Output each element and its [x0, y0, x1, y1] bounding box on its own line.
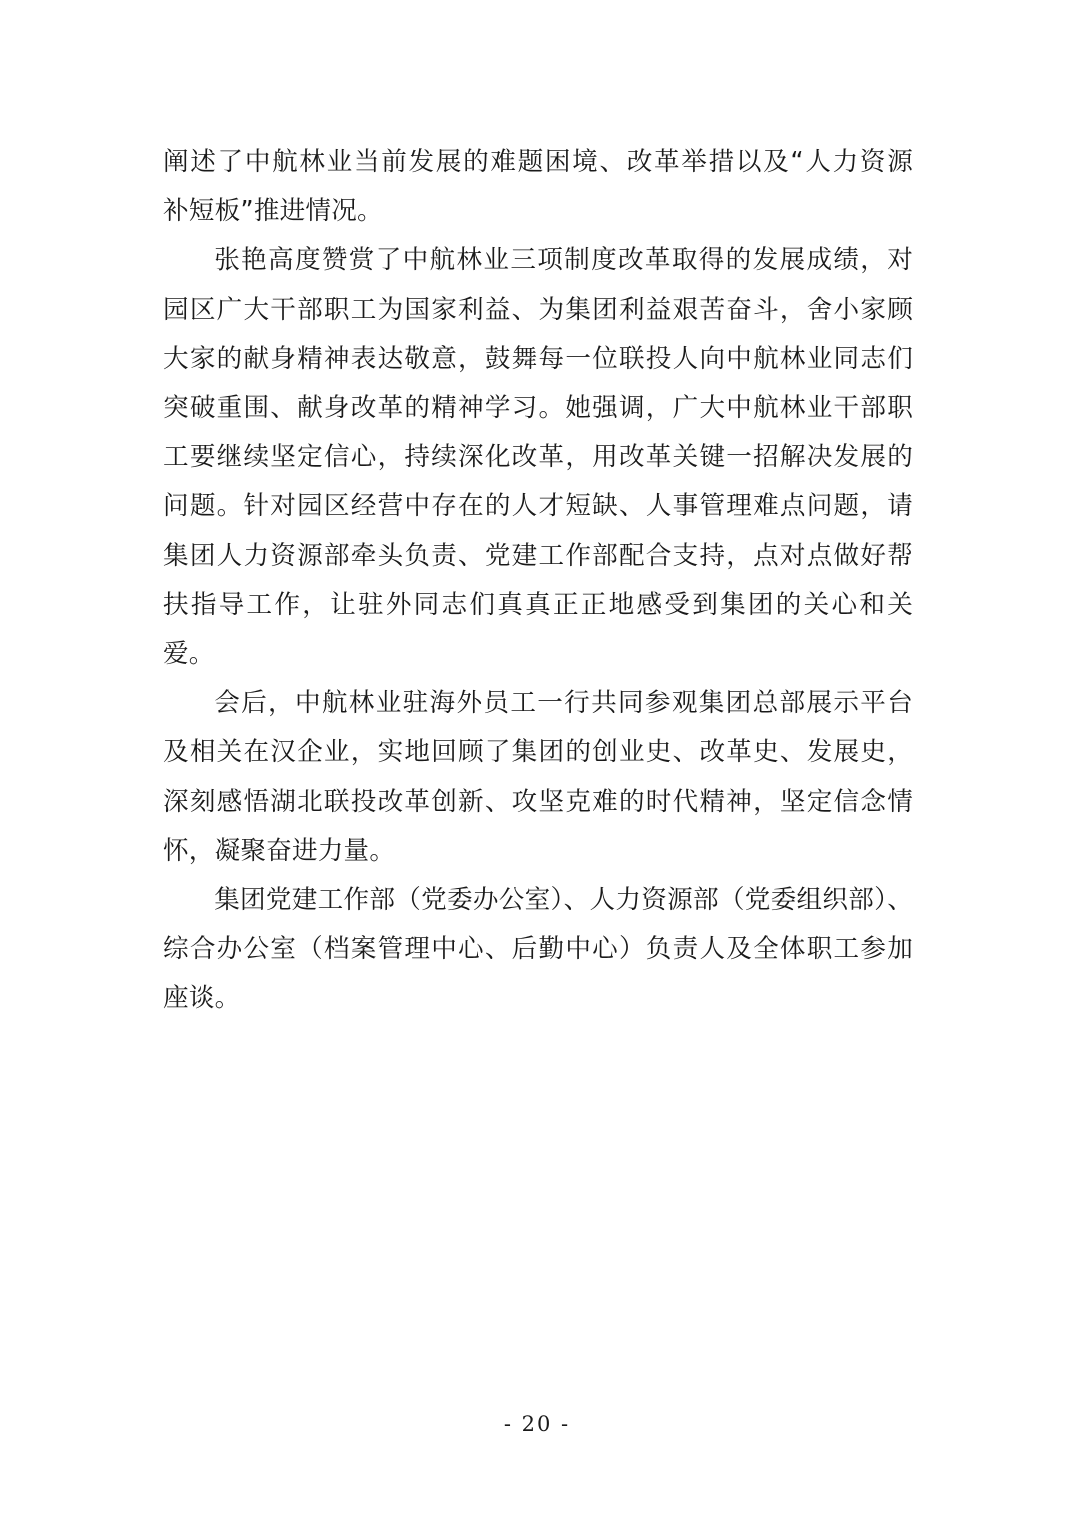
text-line: 园区广大干部职工为国家利益、为集团利益艰苦奋斗，舍小家顾	[163, 286, 913, 335]
text-line: 问题。针对园区经营中存在的人才短缺、人事管理难点问题，请	[163, 482, 913, 531]
paragraph-zhang-yan-remarks: 张艳高度赞赏了中航林业三项制度改革取得的发展成绩，对 园区广大干部职工为国家利益…	[163, 236, 913, 679]
text-line: 怀，凝聚奋进力量。	[163, 827, 913, 876]
text-line: 突破重围、献身改革的精神学习。她强调，广大中航林业干部职	[163, 384, 913, 433]
text-line: 阐述了中航林业当前发展的难题困境、改革举措以及“人力资源	[163, 138, 913, 187]
text-line: 集团党建工作部（党委办公室）、人力资源部（党委组织部）、	[163, 876, 913, 925]
text-line: 工要继续坚定信心，持续深化改革，用改革关键一招解决发展的	[163, 433, 913, 482]
text-line: 座谈。	[163, 974, 913, 1023]
text-line: 扶指导工作，让驻外同志们真真正正地感受到集团的关心和关	[163, 581, 913, 630]
text-line: 补短板”推进情况。	[163, 187, 913, 236]
text-line: 爱。	[163, 630, 913, 679]
paragraph-continuation: 阐述了中航林业当前发展的难题困境、改革举措以及“人力资源 补短板”推进情况。	[163, 138, 913, 236]
text-line: 会后，中航林业驻海外员工一行共同参观集团总部展示平台	[163, 679, 913, 728]
paragraph-attendees: 集团党建工作部（党委办公室）、人力资源部（党委组织部）、 综合办公室（档案管理中…	[163, 876, 913, 1024]
paragraph-after-meeting: 会后，中航林业驻海外员工一行共同参观集团总部展示平台 及相关在汉企业，实地回顾了…	[163, 679, 913, 876]
text-line: 大家的献身精神表达敬意，鼓舞每一位联投人向中航林业同志们	[163, 335, 913, 384]
text-line: 深刻感悟湖北联投改革创新、攻坚克难的时代精神，坚定信念情	[163, 778, 913, 827]
text-line: 及相关在汉企业，实地回顾了集团的创业史、改革史、发展史，	[163, 728, 913, 777]
text-line: 张艳高度赞赏了中航林业三项制度改革取得的发展成绩，对	[163, 236, 913, 285]
page-number: - 20 -	[0, 1412, 1074, 1436]
text-line: 综合办公室（档案管理中心、后勤中心）负责人及全体职工参加	[163, 925, 913, 974]
document-body: 阐述了中航林业当前发展的难题困境、改革举措以及“人力资源 补短板”推进情况。 张…	[163, 138, 913, 1024]
text-line: 集团人力资源部牵头负责、党建工作部配合支持，点对点做好帮	[163, 532, 913, 581]
